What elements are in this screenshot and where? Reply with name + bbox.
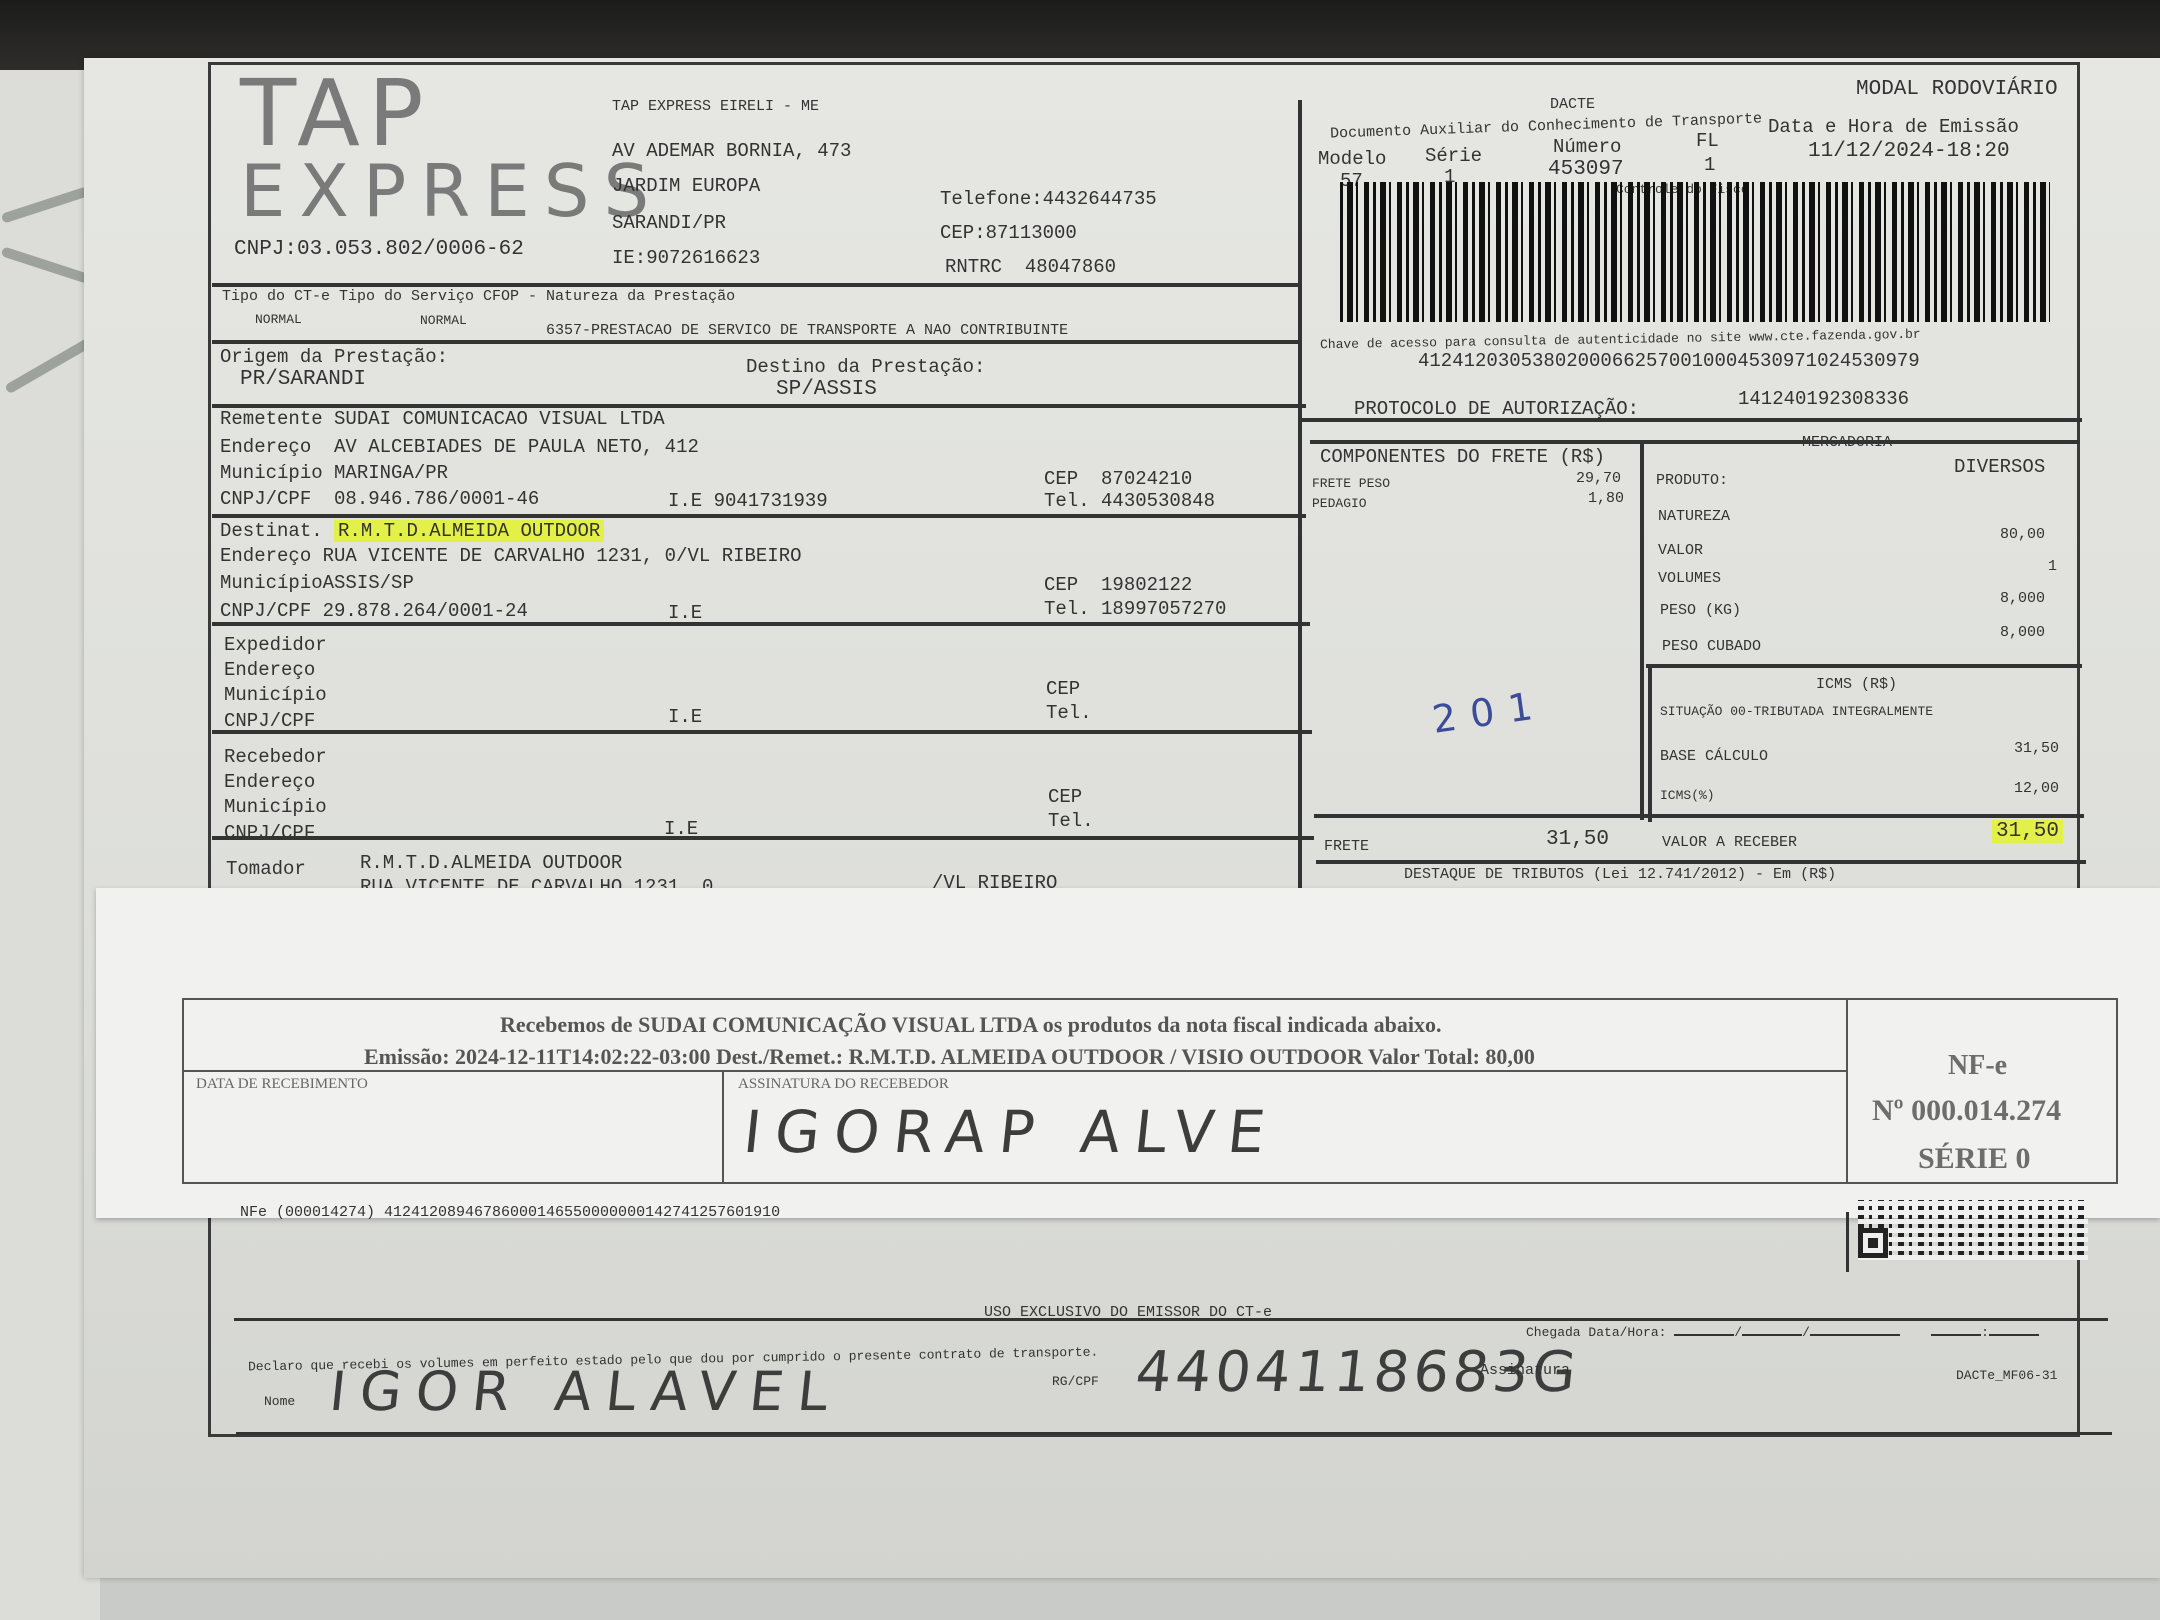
- issuer-district: JARDIM EUROPA: [612, 175, 760, 197]
- destinatario-cnpj: CNPJ/CPF 29.878.264/0001-24: [220, 600, 528, 622]
- issuer-cnpj: CNPJ:03.053.802/0006-62: [234, 238, 524, 261]
- nfe-title: NF-e: [1948, 1050, 2007, 1082]
- divider: [212, 514, 1306, 518]
- remetente-cnpj: CNPJ/CPF 08.946.786/0001-46: [220, 488, 539, 510]
- produto-label: PRODUTO:: [1656, 472, 1728, 489]
- divider: [212, 836, 1314, 840]
- remetente-tel: Tel. 4430530848: [1044, 490, 1215, 512]
- qr-code: [1858, 1200, 2088, 1260]
- destinatario-ie: I.E: [668, 602, 702, 624]
- chegada-hour-field[interactable]: [1931, 1320, 1981, 1336]
- emissao-label: Data e Hora de Emissão: [1768, 116, 2019, 138]
- remetente-row: Remetente SUDAI COMUNICACAO VISUAL LTDA: [220, 408, 665, 430]
- chegada-day-field[interactable]: [1674, 1320, 1734, 1336]
- remetente-cep: CEP 87024210: [1044, 468, 1192, 490]
- frete-label: FRETE: [1324, 838, 1369, 855]
- issuer-address: AV ADEMAR BORNIA, 473: [612, 140, 851, 162]
- destinatario-municipio: MunicípioASSIS/SP: [220, 572, 414, 594]
- expedidor-label: Expedidor: [224, 634, 327, 656]
- form-code: DACTe_MF06-31: [1956, 1368, 2057, 1383]
- volumes-value: 1: [2048, 558, 2057, 575]
- frete-total: 31,50: [1546, 828, 1609, 851]
- peso-label: PESO (KG): [1660, 602, 1741, 619]
- dacte-title: DACTE: [1550, 96, 1595, 113]
- base-calculo-value: 31,50: [2014, 740, 2059, 757]
- expedidor-tel-label: Tel.: [1046, 702, 1092, 724]
- volumes-label: VOLUMES: [1658, 570, 1721, 587]
- valor-value: 80,00: [2000, 526, 2045, 543]
- produto-value: DIVERSOS: [1954, 456, 2045, 478]
- data-recebimento-label: DATA DE RECEBIMENTO: [196, 1076, 368, 1093]
- chave-value: 4124120305380200066257001000453097102453…: [1418, 350, 1920, 372]
- recebedor-cep-label: CEP: [1048, 786, 1082, 808]
- issuer-city: SARANDI/PR: [612, 212, 726, 234]
- componente-value: 1,80: [1588, 490, 1624, 507]
- recebedor-endereco-label: Endereço: [224, 771, 315, 793]
- column-divider: [1648, 664, 1652, 822]
- icms-header: ICMS (R$): [1816, 676, 1897, 693]
- icms-aliquota-value: 12,00: [2014, 780, 2059, 797]
- remetente-municipio: Município MARINGA/PR: [220, 462, 448, 484]
- remetente-ie: I.E 9041731939: [668, 490, 828, 512]
- issuer-ie: IE:9072616623: [612, 247, 760, 269]
- rg-cpf-label: RG/CPF: [1052, 1374, 1099, 1389]
- protocolo-value: 141240192308336: [1738, 388, 1909, 410]
- valor-receber-label: VALOR A RECEBER: [1662, 834, 1797, 851]
- destinatario-row: Destinat. R.M.T.D.ALMEIDA OUTDOOR: [220, 520, 604, 542]
- expedidor-cnpj-label: CNPJ/CPF: [224, 710, 315, 732]
- destinatario-name: R.M.T.D.ALMEIDA OUTDOOR: [334, 520, 604, 542]
- expedidor-cep-label: CEP: [1046, 678, 1080, 700]
- issuer-phone: Telefone:4432644735: [940, 188, 1157, 210]
- protocolo-label: PROTOCOLO DE AUTORIZAÇÃO:: [1354, 398, 1639, 420]
- valor-receber-value: 31,50: [1992, 820, 2063, 843]
- slip-divider: [1846, 1000, 1848, 1184]
- slip-divider: [722, 1072, 724, 1184]
- expedidor-municipio-label: Município: [224, 684, 327, 706]
- componente-value: 29,70: [1576, 470, 1621, 487]
- componentes-header: COMPONENTES DO FRETE (R$): [1320, 446, 1605, 468]
- fl-label: FL: [1696, 130, 1719, 152]
- recebedor-municipio-label: Município: [224, 796, 327, 818]
- valor-label: VALOR: [1658, 542, 1703, 559]
- recebedor-label: Recebedor: [224, 746, 327, 768]
- receiver-signature: IGORAP ALVE: [740, 1098, 1282, 1166]
- issuer-rntrc: RNTRC 48047860: [945, 256, 1116, 278]
- chegada-label: Chegada Data/Hora: // :: [1526, 1320, 2039, 1340]
- tomador-name: R.M.T.D.ALMEIDA OUTDOOR: [360, 852, 622, 874]
- recebedor-tel-label: Tel.: [1048, 810, 1094, 832]
- emissao-value: 11/12/2024-18:20: [1808, 140, 2010, 163]
- modelo-label: Modelo: [1318, 148, 1386, 170]
- column-divider: [1298, 100, 1302, 890]
- qr-finder-pattern: [1858, 1228, 1888, 1258]
- peso-cubado-value: 8,000: [2000, 624, 2045, 641]
- column-divider: [1846, 1212, 1849, 1272]
- divider: [1302, 418, 2082, 422]
- nfe-reference: NFe (000014274) 412412089467860001465500…: [240, 1204, 780, 1221]
- divider: [1646, 664, 2082, 668]
- peso-value: 8,000: [2000, 590, 2045, 607]
- destinatario-tel: Tel. 18997057270: [1044, 598, 1226, 620]
- tributos-header: DESTAQUE DE TRIBUTOS (Lei 12.741/2012) -…: [1404, 866, 1836, 883]
- remetente-endereco: Endereço AV ALCEBIADES DE PAULA NETO, 41…: [220, 436, 699, 458]
- column-divider: [1640, 440, 1644, 820]
- divider: [212, 730, 1312, 734]
- origem-label: Origem da Prestação:: [220, 346, 448, 368]
- slip-receipt-text: Recebemos de SUDAI COMUNICAÇÃO VISUAL LT…: [500, 1012, 1441, 1038]
- uso-exclusivo-label: USO EXCLUSIVO DO EMISSOR DO CT-e: [984, 1304, 1272, 1321]
- componente-label: PEDAGIO: [1312, 496, 1367, 511]
- fl-value: 1: [1704, 154, 1715, 176]
- assinatura-recebedor-label: ASSINATURA DO RECEBEDOR: [738, 1076, 949, 1093]
- numero-label: Número: [1553, 136, 1621, 158]
- slip-emission-text: Emissão: 2024-12-11T14:02:22-03:00 Dest.…: [364, 1044, 1535, 1070]
- expedidor-endereco-label: Endereço: [224, 659, 315, 681]
- cfop-value: 6357-PRESTACAO DE SERVICO DE TRANSPORTE …: [546, 322, 1068, 339]
- divider: [1314, 814, 2084, 818]
- tipo-cte-value: NORMAL: [255, 312, 302, 327]
- recebedor-cnpj-label: CNPJ/CPF: [224, 822, 315, 844]
- serie-label: Série: [1425, 145, 1482, 167]
- service-header: Tipo do CT-e Tipo do Serviço CFOP - Natu…: [222, 288, 735, 305]
- modal-label: MODAL RODOVIÁRIO: [1856, 78, 2058, 101]
- base-calculo-label: BASE CÁLCULO: [1660, 748, 1768, 765]
- name-handwritten: IGOR ALAVEL: [327, 1360, 845, 1423]
- destinatario-endereco: Endereço RUA VICENTE DE CARVALHO 1231, 0…: [220, 545, 802, 567]
- destino-label: Destino da Prestação:: [746, 356, 985, 378]
- numero-value: 453097: [1548, 158, 1624, 181]
- componente-label: FRETE PESO: [1312, 476, 1390, 491]
- chegada-month-field[interactable]: [1742, 1320, 1802, 1336]
- assinatura-label: Assinatura: [1480, 1362, 1570, 1379]
- nfe-serie: SÉRIE 0: [1918, 1142, 2031, 1176]
- icms-situacao: SITUAÇÃO 00-TRIBUTADA INTEGRALMENTE: [1660, 704, 1933, 719]
- destino-value: SP/ASSIS: [776, 378, 877, 401]
- divider: [236, 1432, 2112, 1435]
- slip-divider: [184, 1070, 1846, 1072]
- divider: [1316, 860, 2086, 864]
- tipo-servico-value: NORMAL: [420, 313, 467, 328]
- chegada-minute-field[interactable]: [1989, 1320, 2039, 1336]
- issuer-name: TAP EXPRESS EIRELI - ME: [612, 98, 819, 115]
- expedidor-ie-label: I.E: [668, 706, 702, 728]
- divider: [1310, 440, 2080, 444]
- nome-label: Nome: [264, 1394, 295, 1409]
- issuer-logo: TAP EXPRESS: [240, 70, 663, 226]
- peso-cubado-label: PESO CUBADO: [1662, 638, 1761, 655]
- divider: [212, 622, 1310, 626]
- natureza-label: NATUREZA: [1658, 508, 1730, 525]
- access-key-barcode: [1340, 182, 2050, 322]
- issuer-cep: CEP:87113000: [940, 222, 1077, 244]
- tomador-label: Tomador: [226, 858, 306, 880]
- divider: [212, 340, 1300, 344]
- nfe-number: Nº 000.014.274: [1872, 1094, 2061, 1128]
- divider: [212, 283, 1300, 287]
- chegada-year-field[interactable]: [1810, 1320, 1900, 1336]
- mercadoria-header: MERCADORIA: [1802, 434, 1892, 451]
- icms-aliquota-label: ICMS(%): [1660, 788, 1715, 803]
- origem-value: PR/SARANDI: [240, 368, 366, 391]
- destinatario-cep: CEP 19802122: [1044, 574, 1192, 596]
